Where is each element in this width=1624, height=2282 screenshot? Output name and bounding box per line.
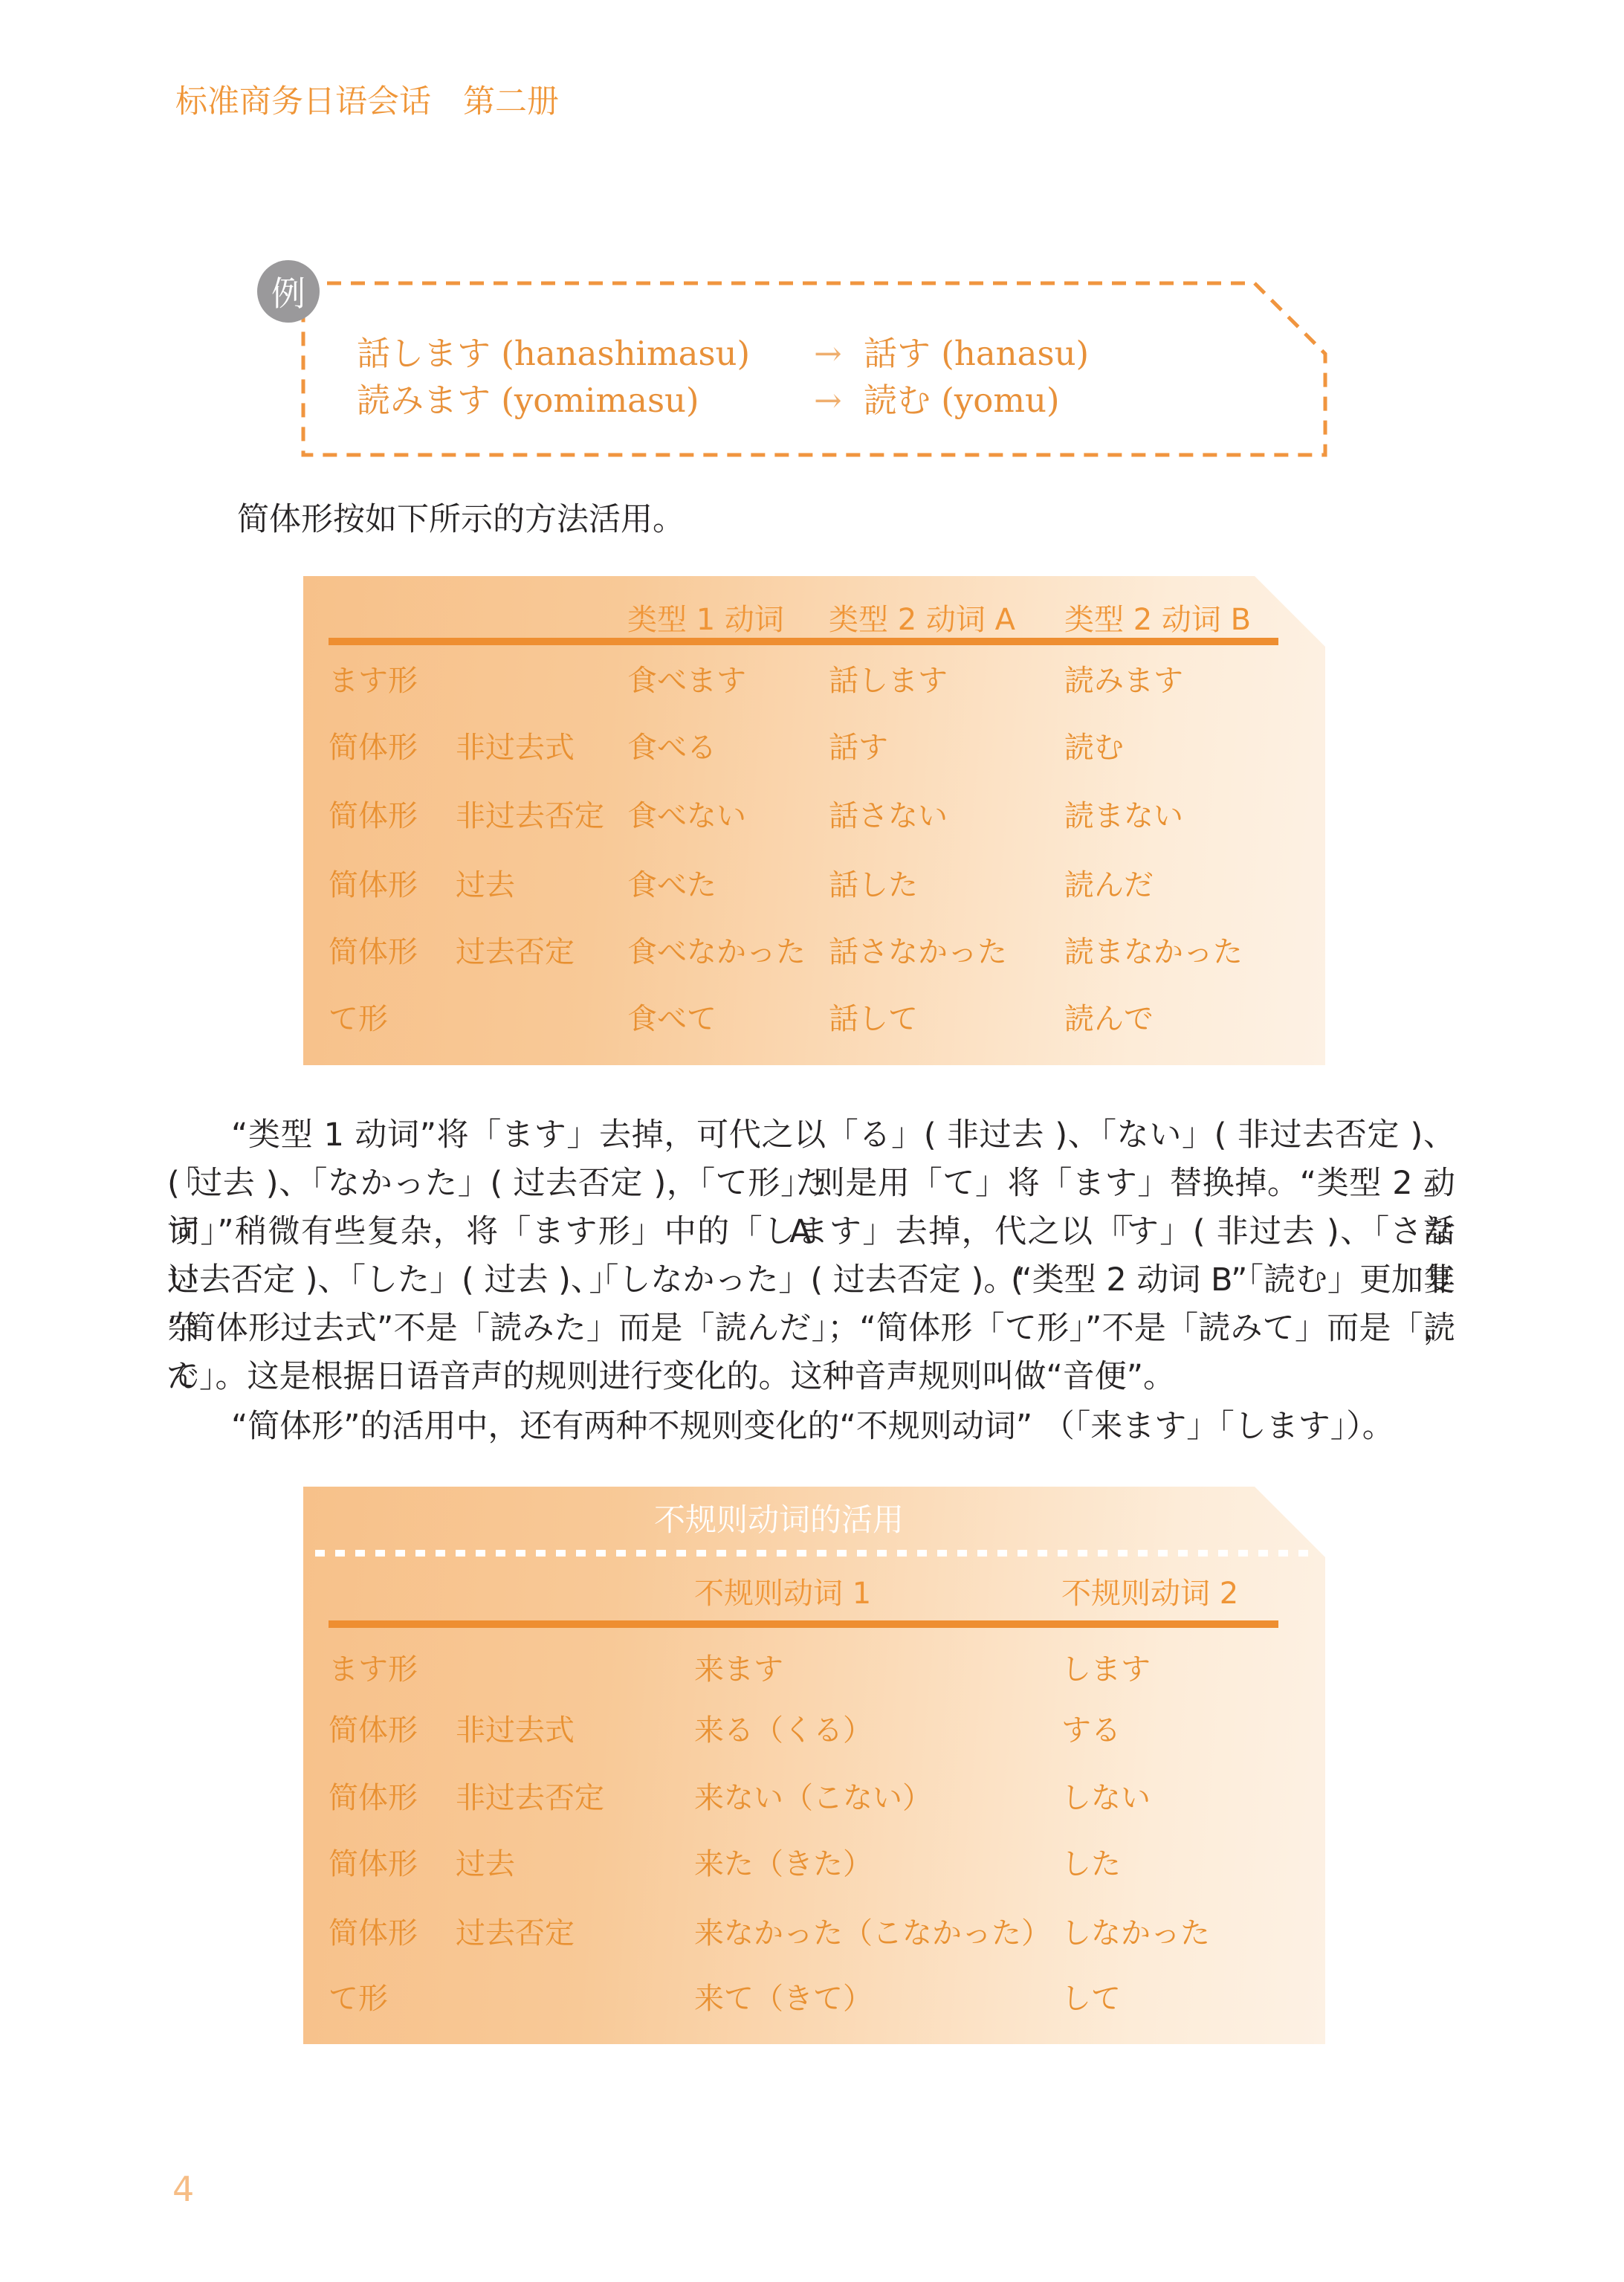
cell-irregular2: して (1061, 1982, 1121, 2016)
row-label-form: 简体形 (329, 799, 418, 833)
example-row: 話します (hanashimasu) → 話す (hanasu) (303, 335, 1325, 372)
row-label-form: 简体形 (329, 731, 418, 765)
example-plain-form: 話す (hanasu) (864, 335, 1089, 372)
page-number: 4 (172, 2169, 194, 2209)
cell-irregular1: 来ます (694, 1652, 783, 1687)
table-row: 简体形 非过去式 来る（くる） する (303, 1713, 1325, 1748)
table-row: ます形 食べます 話します 読みます (303, 664, 1325, 698)
table-row: 简体形 非过去否定 来ない（こない） しない (303, 1781, 1325, 1815)
cell-irregular2: しない (1061, 1781, 1151, 1815)
paragraph-line: ( 过去 )、「なかった」( 过去否定 )，「て形」则是用「て」将「ます」替换掉… (167, 1160, 1455, 1208)
example-masu-form: 読みます (yomimasu) (357, 382, 699, 419)
row-label-tense: 过去否定 (456, 935, 575, 969)
cell-type1: 食べて (627, 1002, 716, 1036)
table-row: 简体形 非过去否定 食べない 話さない 読まない (303, 799, 1325, 833)
row-label-tense: 非过去否定 (456, 1781, 604, 1815)
table-row: て形 来て（きて） して (303, 1982, 1325, 2016)
row-label-form: 简体形 (329, 1847, 418, 1881)
cell-type2a: 話した (829, 868, 918, 902)
row-label-form: 简体形 (329, 1781, 418, 1815)
table-row: 简体形 非过去式 食べる 話す 読む (303, 731, 1325, 765)
cell-irregular2: した (1061, 1847, 1121, 1881)
cell-type2b: 読んで (1064, 1002, 1154, 1036)
cell-irregular2: する (1061, 1713, 1121, 1748)
example-badge-label: 例 (271, 267, 305, 316)
conjugation-table: 类型 1 动词 类型 2 动词 A 类型 2 动词 B ます形 食べます 話しま… (303, 576, 1325, 1065)
cell-irregular1: 来ない（こない） (694, 1781, 932, 1815)
paragraph-line: で」。这是根据日语音声的规则进行变化的。这种音声规则叫做“音便”。 (167, 1353, 1455, 1401)
cell-irregular1: 来て（きて） (694, 1982, 873, 2016)
table-header-row: 类型 1 动词 类型 2 动词 A 类型 2 动词 B (303, 603, 1325, 637)
example-plain-form: 読む (yomu) (864, 382, 1060, 419)
table-row: て形 食べて 話して 読んで (303, 1002, 1325, 1036)
row-label-tense: 非过去否定 (456, 799, 604, 833)
cell-irregular1: 来る（くる） (694, 1713, 873, 1748)
table-row: 简体形 过去 食べた 話した 読んだ (303, 868, 1325, 902)
cell-irregular1: 来た（きた） (694, 1847, 873, 1881)
cell-irregular2: しなかった (1061, 1916, 1210, 1950)
row-label-form: 简体形 (329, 935, 418, 969)
table-title: 不规则动词的活用 (303, 1502, 1255, 1538)
row-label-form: ます形 (329, 1652, 418, 1687)
dotted-divider (315, 1550, 1317, 1557)
cell-irregular2: します (1061, 1652, 1151, 1687)
paragraph-line: “简体形”的活用中，还有两种不规则变化的“不规则动词” （「来ます」「します」）… (167, 1403, 1455, 1451)
cell-type1: 食べない (627, 799, 746, 833)
example-masu-form: 話します (hanashimasu) (357, 335, 750, 372)
cell-type1: 食べた (627, 868, 716, 902)
arrow-right-icon: → (814, 335, 842, 372)
row-label-form: て形 (329, 1982, 388, 2016)
column-header: 不规则动词 1 (694, 1577, 871, 1611)
cell-type2b: 読まない (1064, 799, 1183, 833)
table-row: 简体形 过去否定 食べなかった 話さなかった 読まなかった (303, 935, 1325, 969)
paragraph-line: す」”稍微有些复杂，将「ます形」中的「します」去掉，代之以「す」( 非过去 )、… (167, 1208, 1455, 1256)
cell-type2a: 話さなかった (829, 935, 1007, 969)
example-badge: 例 (257, 260, 320, 323)
table-row: 简体形 过去 来た（きた） した (303, 1847, 1325, 1881)
cell-type2b: 読まなかった (1064, 935, 1243, 969)
cell-irregular1: 来なかった（こなかった） (694, 1916, 1051, 1950)
cell-type2b: 読んだ (1064, 868, 1154, 902)
row-label-form: 简体形 (329, 1916, 418, 1950)
row-label-form: 简体形 (329, 1713, 418, 1748)
cell-type1: 食べます (627, 664, 746, 698)
table-row: ます形 来ます します (303, 1652, 1325, 1687)
cell-type2a: 話して (829, 1002, 918, 1036)
cell-type2b: 読む (1064, 731, 1124, 765)
cell-type2a: 話す (829, 731, 888, 765)
row-label-tense: 过去否定 (456, 1916, 575, 1950)
row-label-form: て形 (329, 1002, 388, 1036)
header-rule (329, 638, 1278, 645)
row-label-tense: 非过去式 (456, 731, 575, 765)
table-row: 简体形 过去否定 来なかった（こなかった） しなかった (303, 1916, 1325, 1950)
intro-sentence: 简体形按如下所示的方法活用。 (237, 502, 685, 537)
running-header: 标准商务日语会话 第二册 (175, 83, 559, 120)
irregular-verbs-table: 不规则动词的活用 不规则动词 1 不规则动词 2 ます形 来ます します 简体形… (303, 1487, 1325, 2044)
cell-type2b: 読みます (1064, 664, 1183, 698)
cell-type2a: 話さない (829, 799, 948, 833)
column-header: 类型 2 动词 A (829, 603, 1015, 637)
column-header: 类型 1 动词 (627, 603, 784, 637)
row-label-form: 简体形 (329, 868, 418, 902)
cell-type2a: 話します (829, 664, 948, 698)
cell-type1: 食べなかった (627, 935, 806, 969)
column-header: 类型 2 动词 B (1064, 603, 1251, 637)
cell-type1: 食べる (627, 731, 716, 765)
example-row: 読みます (yomimasu) → 読む (yomu) (303, 382, 1325, 419)
row-label-tense: 非过去式 (456, 1713, 575, 1748)
example-box: 話します (hanashimasu) → 話す (hanasu) 読みます (y… (303, 283, 1325, 455)
row-label-form: ます形 (329, 664, 418, 698)
row-label-tense: 过去 (456, 868, 515, 902)
paragraph-line: “简体形过去式”不是「読みた」而是「読んだ」；“简体形「て形」”不是「読みて」而… (167, 1305, 1455, 1353)
paragraph-line: 过去否定 )、「した」( 过去 )、「しなかった」( 过去否定 )。“类型 2 … (167, 1256, 1455, 1305)
book-page: 标准商务日语会话 第二册 例 話します (hanashimasu) → 話す (… (0, 0, 1624, 2282)
explanation-paragraph: “类型 1 动词”将「ます」去掉，可代之以「る」( 非过去 )、「ない」( 非过… (167, 1111, 1455, 1401)
arrow-right-icon: → (814, 382, 842, 419)
column-header: 不规则动词 2 (1061, 1577, 1238, 1611)
header-rule (329, 1620, 1278, 1628)
explanation-paragraph: “简体形”的活用中，还有两种不规则变化的“不规则动词” （「来ます」「します」）… (167, 1403, 1455, 1451)
paragraph-line: “类型 1 动词”将「ます」去掉，可代之以「る」( 非过去 )、「ない」( 非过… (167, 1111, 1455, 1160)
table-header-row: 不规则动词 1 不规则动词 2 (303, 1577, 1325, 1611)
row-label-tense: 过去 (456, 1847, 515, 1881)
